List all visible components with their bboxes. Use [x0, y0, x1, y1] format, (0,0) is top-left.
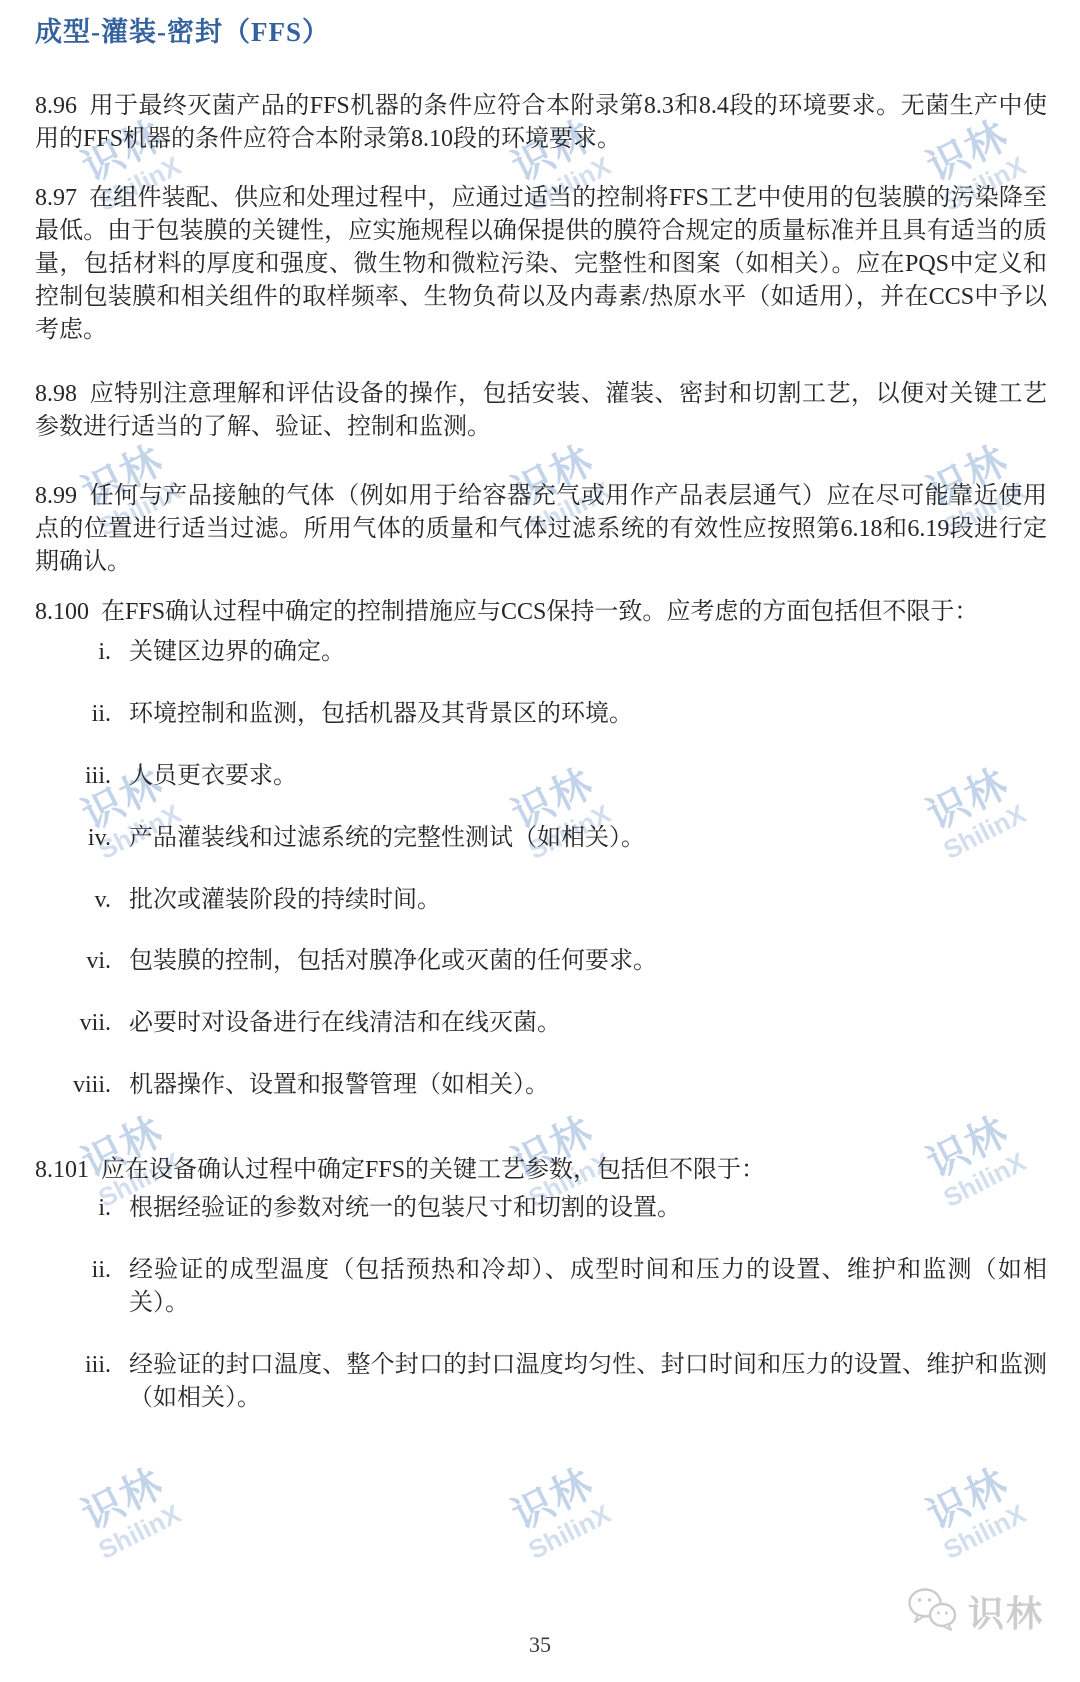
list-item-text: 包装膜的控制，包括对膜净化或灭菌的任何要求。: [129, 945, 1047, 978]
list-item-numeral: ii.: [35, 1254, 111, 1287]
list-item-numeral: iii.: [35, 760, 111, 793]
publisher-logo-text: 识林: [968, 1586, 1044, 1637]
list-item: iii.人员更衣要求。: [35, 760, 1047, 793]
paragraph-8-97: 8.97在组件装配、供应和处理过程中，应通过适当的控制将FFS工艺中使用的包装膜…: [35, 182, 1047, 347]
list-item-numeral: vi.: [35, 945, 111, 978]
paragraph-8-101: 8.101应在设备确认过程中确定FFS的关键工艺参数，包括但不限于：: [35, 1154, 1047, 1187]
publisher-logo: 识林: [906, 1586, 1044, 1637]
paragraph-8-98: 8.98应特别注意理解和评估设备的操作，包括安装、灌装、密封和切割工艺，以便对关…: [35, 378, 1047, 444]
list-item: v.批次或灌装阶段的持续时间。: [35, 884, 1047, 917]
list-item-text: 产品灌装线和过滤系统的完整性测试（如相关）。: [129, 822, 1047, 855]
list-item-numeral: i.: [35, 636, 111, 669]
list-item-text: 经验证的成型温度（包括预热和冷却）、成型时间和压力的设置、维护和监测（如相关）。: [129, 1254, 1047, 1320]
paragraph-8-99: 8.99任何与产品接触的气体（例如用于给容器充气或用作产品表层通气）应在尽可能靠…: [35, 480, 1047, 579]
list-item-numeral: ii.: [35, 698, 111, 731]
list-item: ii.经验证的成型温度（包括预热和冷却）、成型时间和压力的设置、维护和监测（如相…: [35, 1254, 1047, 1320]
list-item-numeral: iv.: [35, 822, 111, 855]
clause-text: 在组件装配、供应和处理过程中，应通过适当的控制将FFS工艺中使用的包装膜的污染降…: [35, 185, 1047, 343]
page-title: 成型-灌装-密封（FFS）: [35, 10, 330, 49]
paragraph-8-96: 8.96用于最终灭菌产品的FFS机器的条件应符合本附录第8.3和8.4段的环境要…: [35, 90, 1047, 156]
document-page: 识林ShilinX识林ShilinX识林ShilinX识林ShilinX识林Sh…: [0, 0, 1080, 1682]
list-item: vii.必要时对设备进行在线清洁和在线灭菌。: [35, 1007, 1047, 1040]
clause-text: 任何与产品接触的气体（例如用于给容器充气或用作产品表层通气）应在尽可能靠近使用点…: [35, 483, 1047, 575]
list-item-text: 必要时对设备进行在线清洁和在线灭菌。: [129, 1007, 1047, 1040]
list-item: ii.环境控制和监测，包括机器及其背景区的环境。: [35, 698, 1047, 731]
wechat-logo-icon: [906, 1586, 960, 1637]
page-content: 成型-灌装-密封（FFS） 8.96用于最终灭菌产品的FFS机器的条件应符合本附…: [0, 0, 1080, 1682]
paragraph-8-100: 8.100在FFS确认过程中确定的控制措施应与CCS保持一致。应考虑的方面包括但…: [35, 596, 1047, 629]
list-item: iii.经验证的封口温度、整个封口的封口温度均匀性、封口时间和压力的设置、维护和…: [35, 1349, 1047, 1415]
clause-number: 8.98: [35, 381, 77, 407]
list-item-text: 经验证的封口温度、整个封口的封口温度均匀性、封口时间和压力的设置、维护和监测（如…: [129, 1349, 1047, 1415]
clause-text: 应在设备确认过程中确定FFS的关键工艺参数，包括但不限于：: [101, 1157, 765, 1183]
clause-text: 在FFS确认过程中确定的控制措施应与CCS保持一致。应考虑的方面包括但不限于：: [101, 599, 978, 625]
list-item-numeral: iii.: [35, 1349, 111, 1382]
list-item-numeral: viii.: [35, 1069, 111, 1102]
list-item: viii.机器操作、设置和报警管理（如相关）。: [35, 1069, 1047, 1102]
list-item-text: 环境控制和监测，包括机器及其背景区的环境。: [129, 698, 1047, 731]
clause-number: 8.101: [35, 1157, 89, 1183]
list-item: i.关键区边界的确定。: [35, 636, 1047, 669]
page-number: 35: [0, 1632, 1080, 1658]
clause-text: 应特别注意理解和评估设备的操作，包括安装、灌装、密封和切割工艺，以便对关键工艺参…: [35, 381, 1047, 440]
list-item-text: 机器操作、设置和报警管理（如相关）。: [129, 1069, 1047, 1102]
list-item: vi.包装膜的控制，包括对膜净化或灭菌的任何要求。: [35, 945, 1047, 978]
clause-number: 8.97: [35, 185, 77, 211]
clause-number: 8.99: [35, 483, 77, 509]
list-item-text: 批次或灌装阶段的持续时间。: [129, 884, 1047, 917]
clause-number: 8.96: [35, 93, 77, 119]
list-item-numeral: vii.: [35, 1007, 111, 1040]
list-item-text: 人员更衣要求。: [129, 760, 1047, 793]
clause-number: 8.100: [35, 599, 89, 625]
list-item: i.根据经验证的参数对统一的包装尺寸和切割的设置。: [35, 1192, 1047, 1225]
list-item-numeral: i.: [35, 1192, 111, 1225]
list-item-text: 关键区边界的确定。: [129, 636, 1047, 669]
list-item: iv.产品灌装线和过滤系统的完整性测试（如相关）。: [35, 822, 1047, 855]
clause-text: 用于最终灭菌产品的FFS机器的条件应符合本附录第8.3和8.4段的环境要求。无菌…: [35, 93, 1047, 152]
list-item-numeral: v.: [35, 884, 111, 917]
list-item-text: 根据经验证的参数对统一的包装尺寸和切割的设置。: [129, 1192, 1047, 1225]
